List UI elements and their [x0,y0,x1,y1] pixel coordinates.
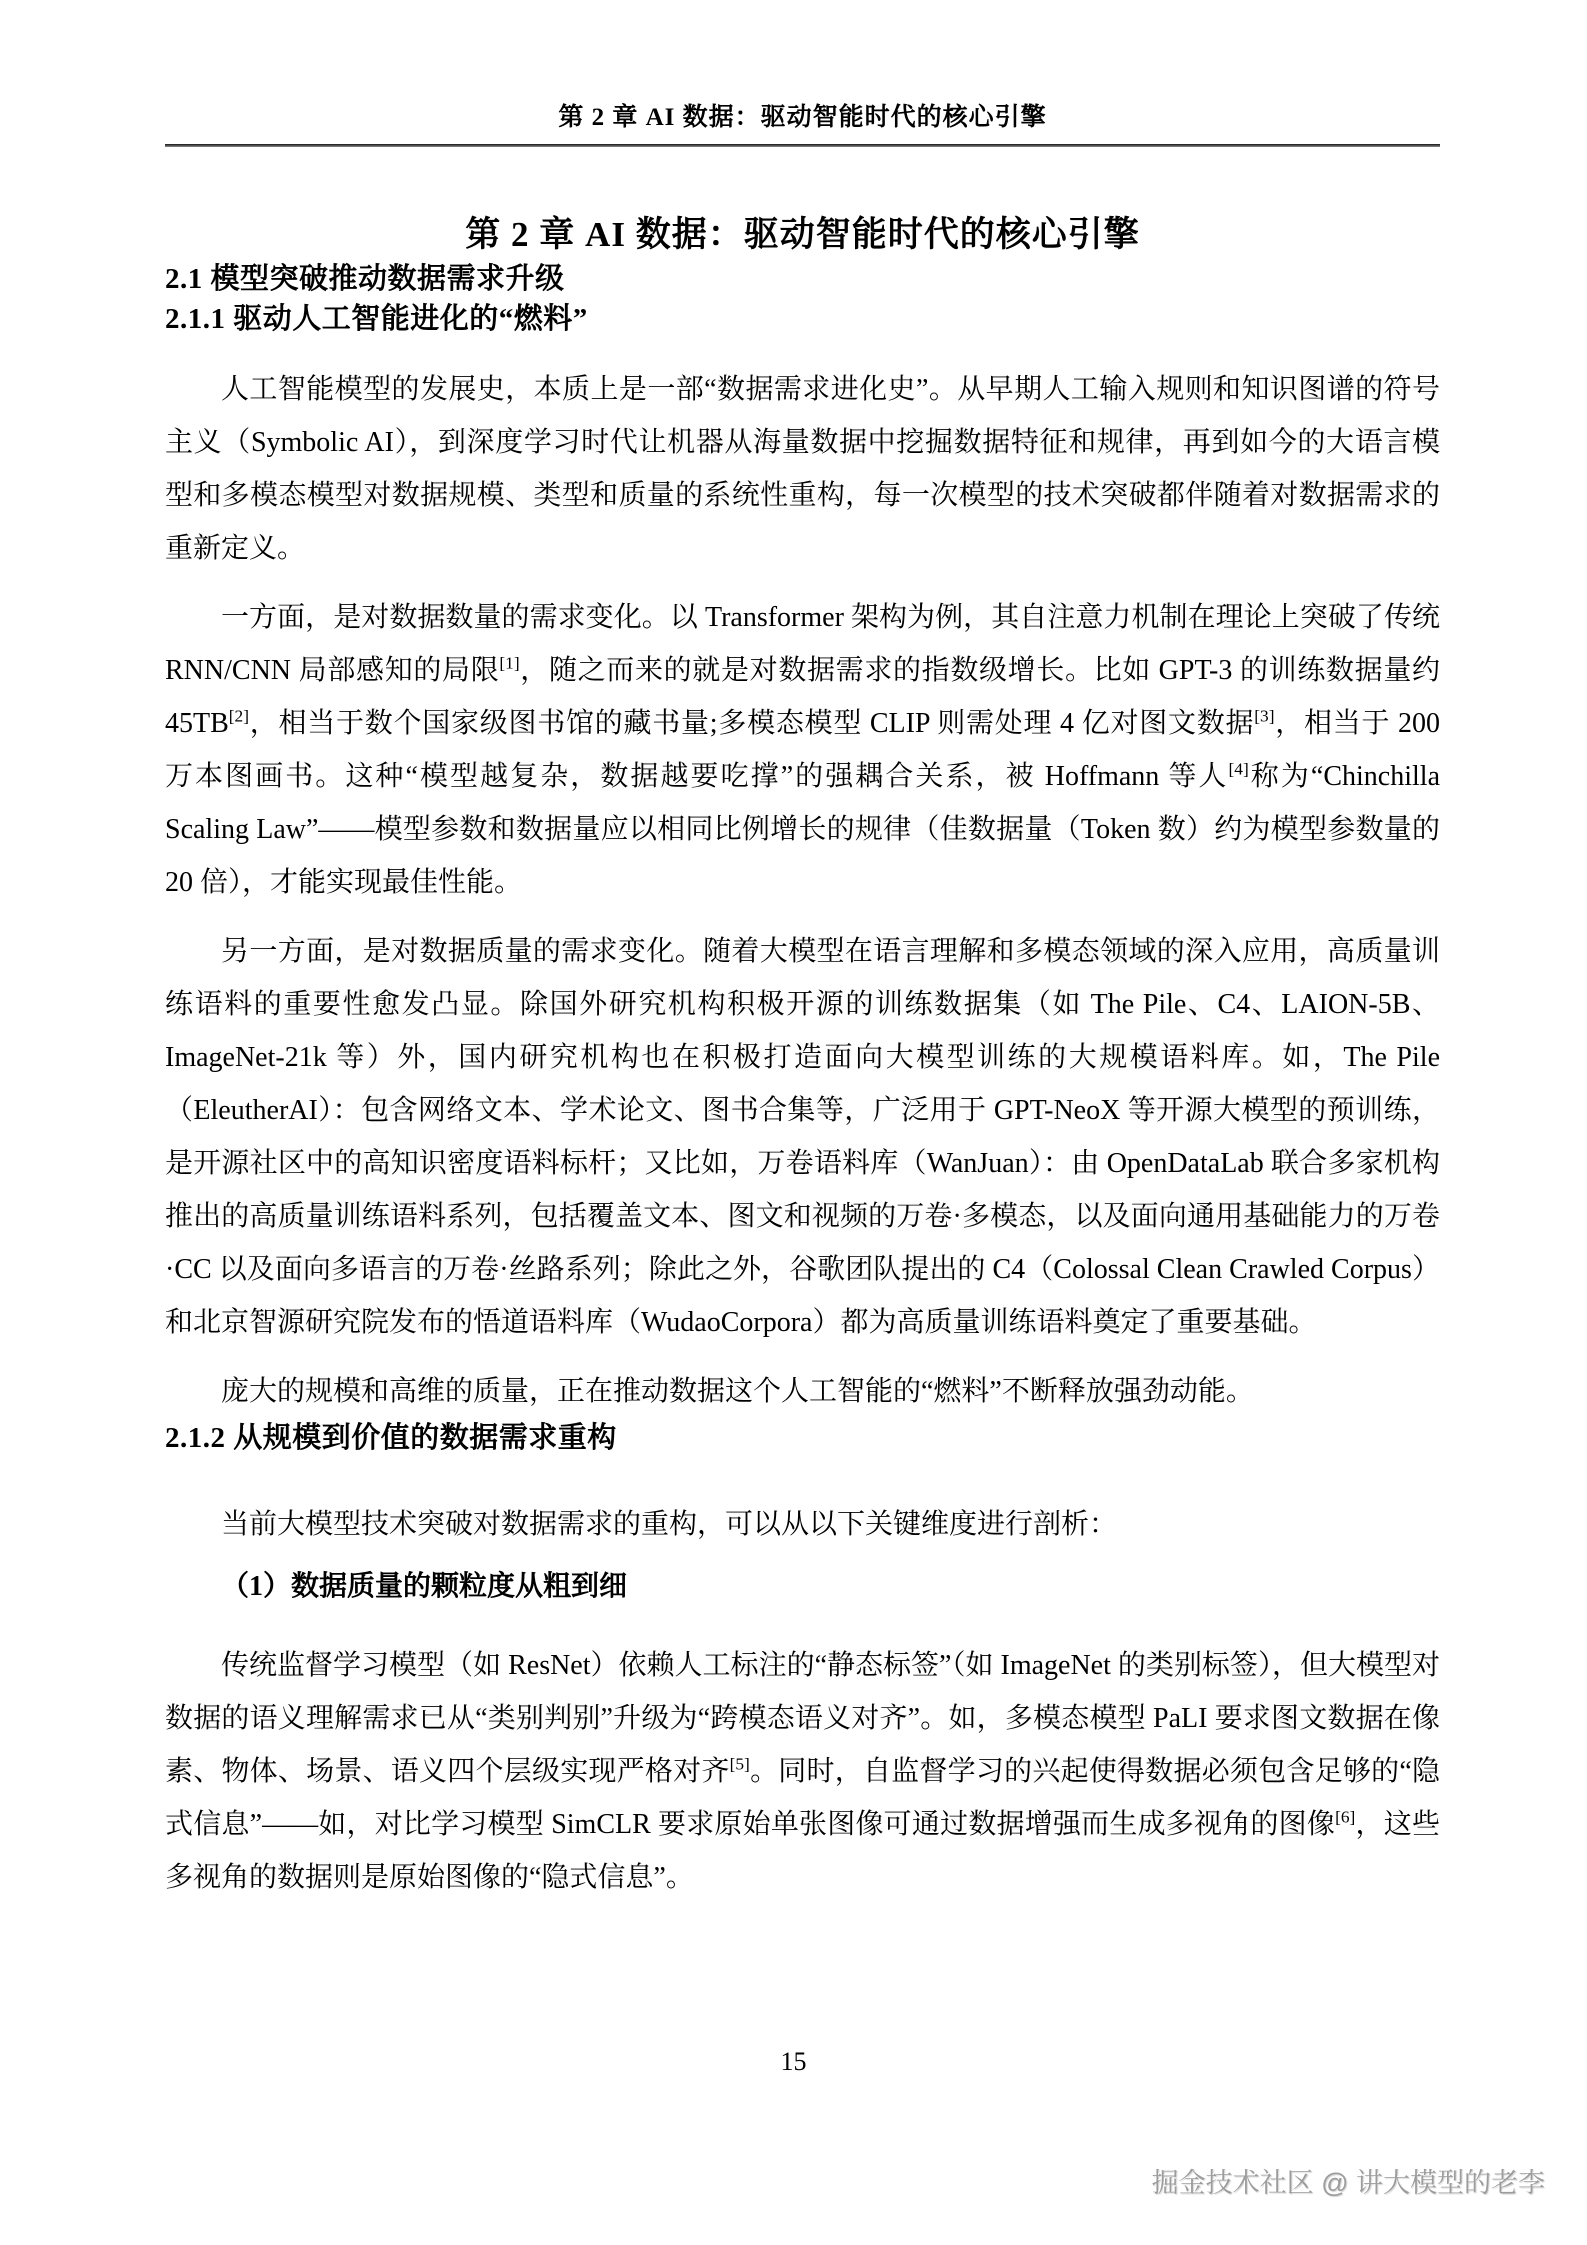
footnote-ref-1: [1] [499,654,519,673]
paragraph-fuel-summary: 庞大的规模和高维的质量，正在推动数据这个人工智能的“燃料”不断释放强劲动能。 [165,1365,1440,1418]
chapter-title: 第 2 章 AI 数据：驱动智能时代的核心引擎 [165,211,1440,259]
watermark: 掘金技术社区 @ 讲大模型的老李 [1152,2166,1545,2200]
paragraph-granularity-detail: 传统监督学习模型（如 ResNet）依赖人工标注的“静态标签”（如 ImageN… [165,1639,1440,1904]
text-run: 人工智能模型的发展史，本质上是一部“数据需求进化史”。从早期人工输入规则和知识图… [165,374,1440,564]
paragraph-dimensions-intro: 当前大模型技术突破对数据需求的重构，可以从以下关键维度进行剖析： [165,1498,1440,1551]
section-heading-2-1-1: 2.1.1 驱动人工智能进化的“燃料” [165,299,1440,339]
footnote-ref-5: [5] [730,1755,750,1774]
running-header-title: 第 2 章 AI 数据：驱动智能时代的核心引擎 [558,104,1046,131]
text-run: 庞大的规模和高维的质量，正在推动数据这个人工智能的“燃料”不断释放强劲动能。 [221,1376,1254,1407]
text-run: 另一方面，是对数据质量的需求变化。随着大模型在语言理解和多模态领域的深入应用，高… [165,936,1440,1338]
paragraph-ai-data-history: 人工智能模型的发展史，本质上是一部“数据需求进化史”。从早期人工输入规则和知识图… [165,363,1440,575]
header-rule [165,144,1440,147]
footnote-ref-3: [3] [1254,707,1274,726]
text-run: ，相当于数个国家级图书馆的藏书量;多模态模型 CLIP 则需处理 4 亿对图文数… [249,708,1254,739]
sub-heading-granularity: （1）数据质量的颗粒度从粗到细 [165,1567,1440,1607]
document-page: 第 2 章 AI 数据：驱动智能时代的核心引擎 第 2 章 AI 数据：驱动智能… [0,0,1587,2245]
footnote-ref-2: [2] [229,707,249,726]
running-header: 第 2 章 AI 数据：驱动智能时代的核心引擎 [165,0,1440,136]
section-heading-2-1-2: 2.1.2 从规模到价值的数据需求重构 [165,1418,1440,1458]
page-number: 15 [0,2046,1587,2078]
text-run: 当前大模型技术突破对数据需求的重构，可以从以下关键维度进行剖析： [221,1509,1117,1540]
paragraph-data-quality: 另一方面，是对数据质量的需求变化。随着大模型在语言理解和多模态领域的深入应用，高… [165,925,1440,1349]
paragraph-data-quantity: 一方面，是对数据数量的需求变化。以 Transformer 架构为例，其自注意力… [165,591,1440,909]
footnote-ref-6: [6] [1335,1808,1355,1827]
footnote-ref-4: [4] [1228,760,1248,779]
page-content: 第 2 章 AI 数据：驱动智能时代的核心引擎 第 2 章 AI 数据：驱动智能… [0,0,1587,1904]
section-heading-2-1: 2.1 模型突破推动数据需求升级 [165,259,1440,299]
